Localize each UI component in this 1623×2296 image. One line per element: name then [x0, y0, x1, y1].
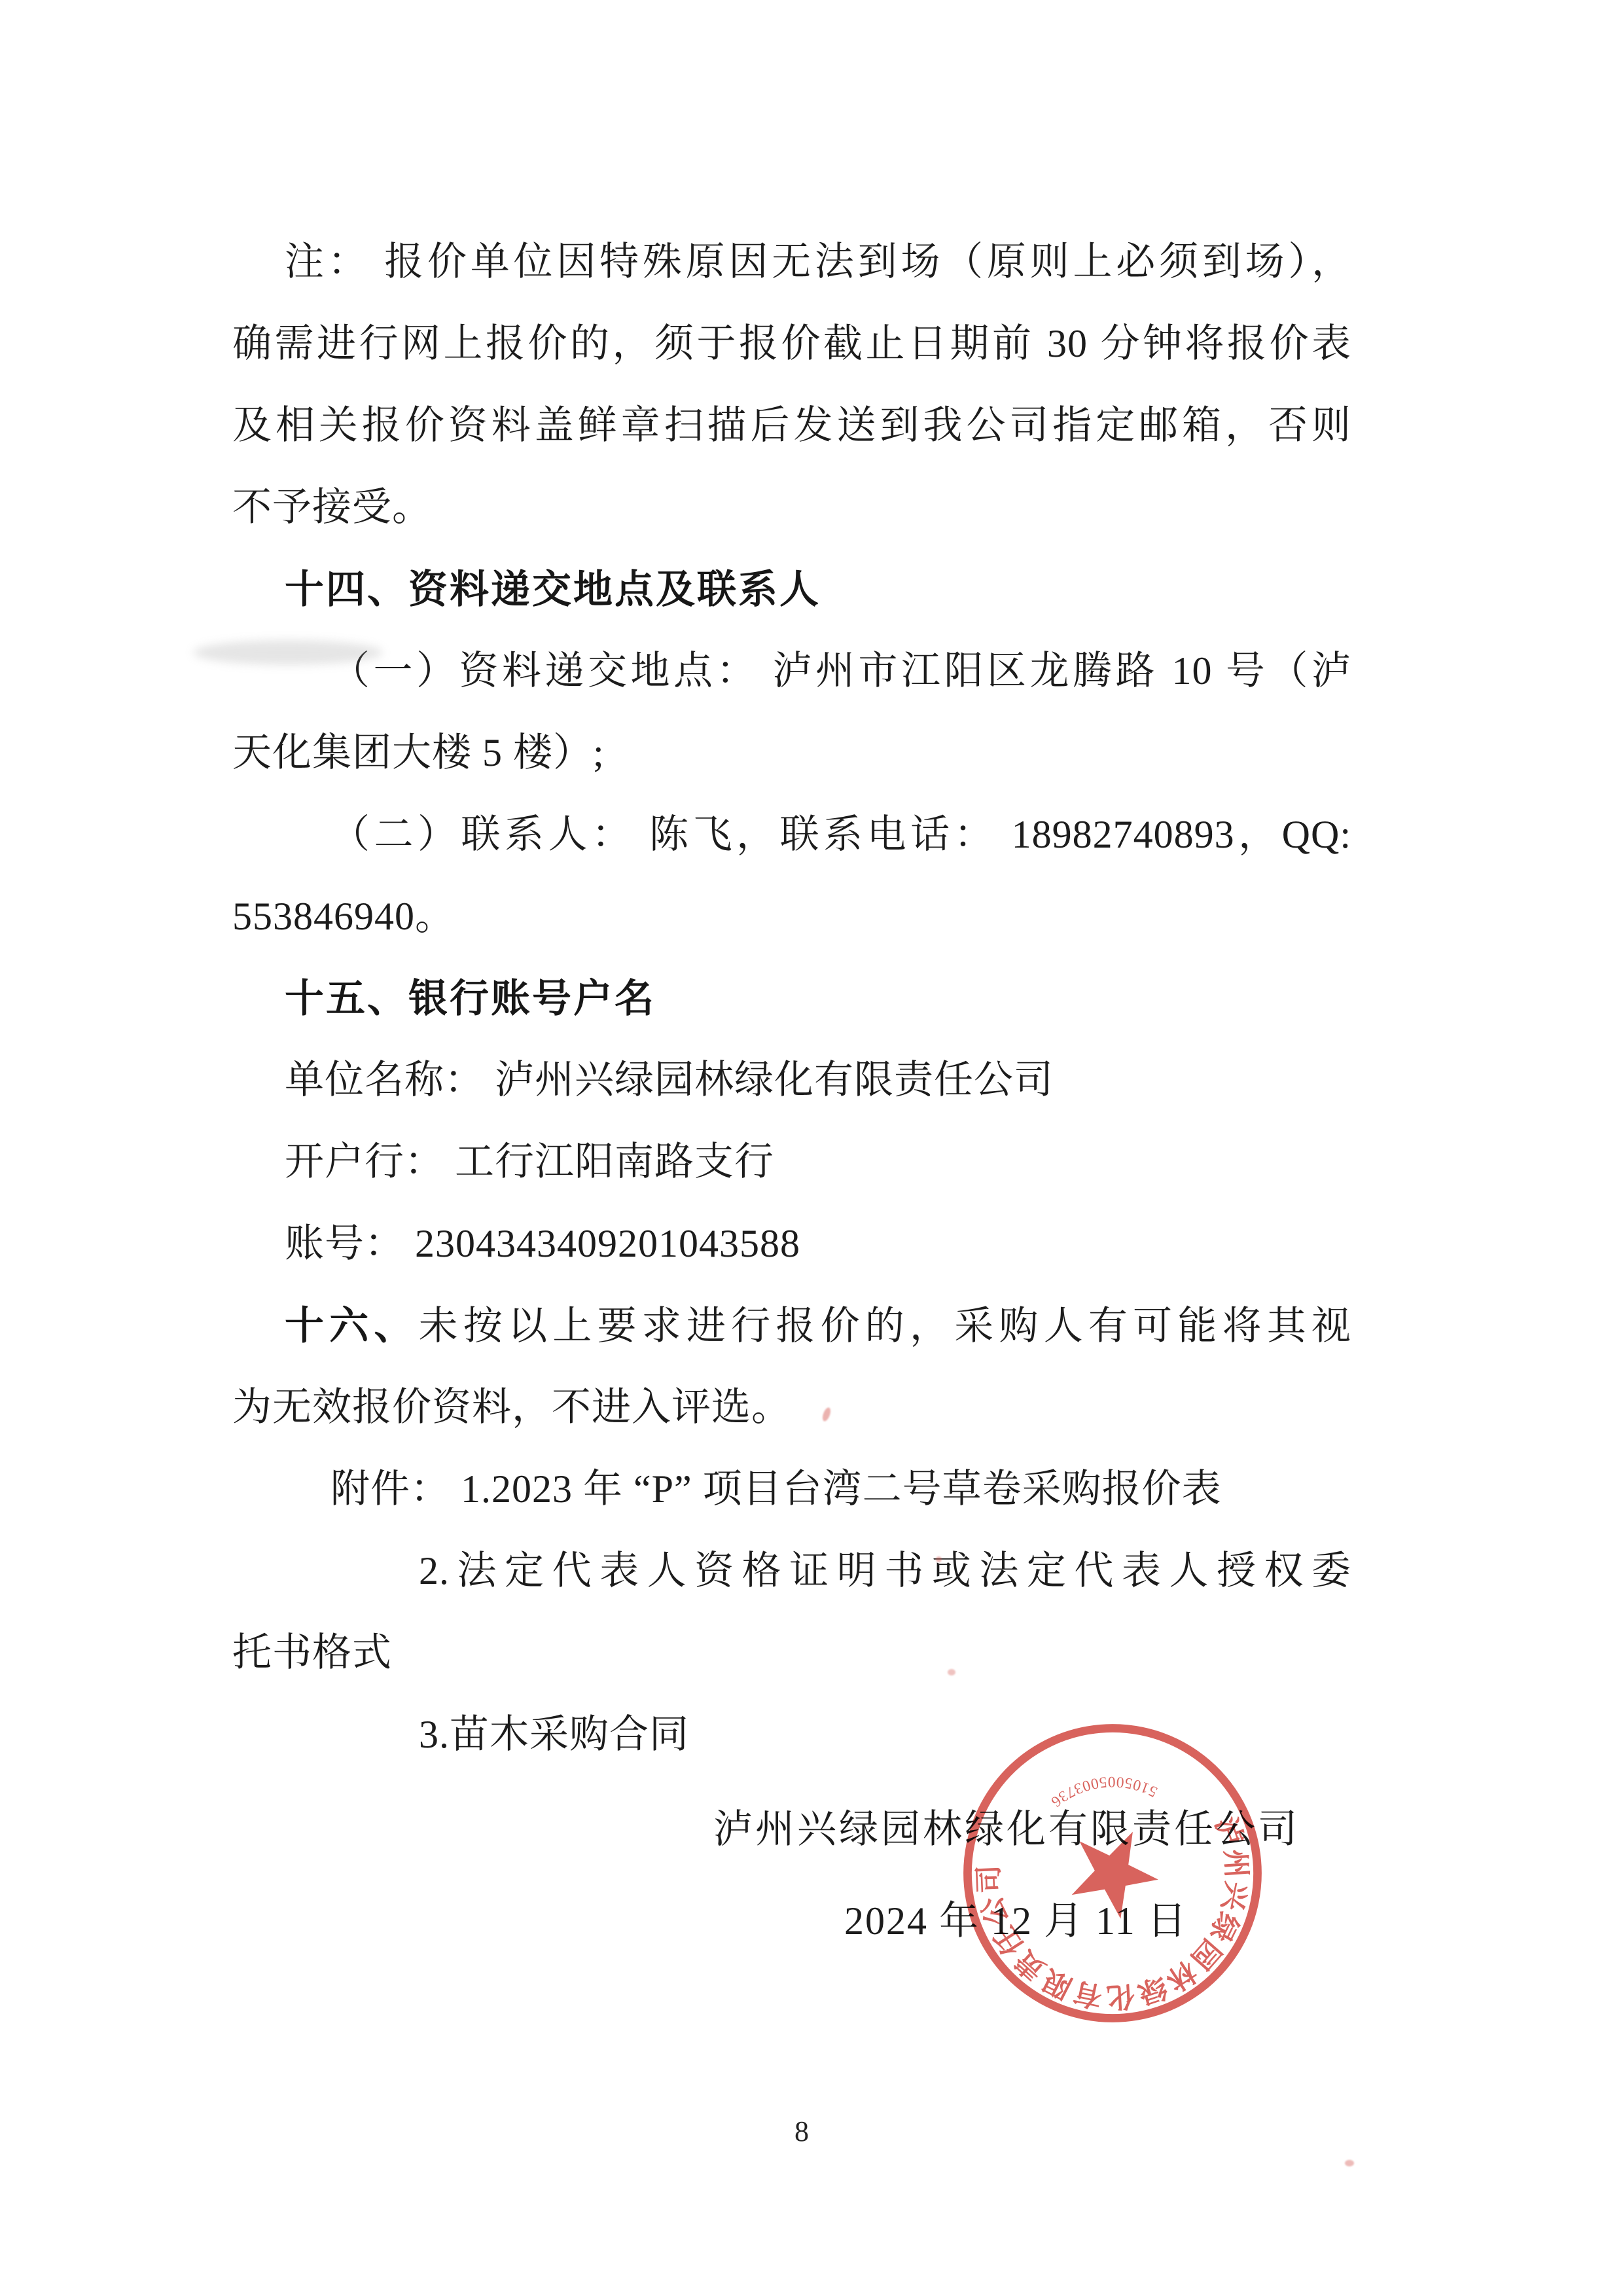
scan-smudge — [193, 640, 383, 665]
seal-star-icon — [1063, 1829, 1164, 1926]
ink-speck — [948, 1669, 955, 1676]
attachment-line-2: 2.法定代表人资格证明书或法定代表人授权委 — [232, 1530, 1351, 1612]
document-page: 注： 报价单位因特殊原因无法到场（原则上必须到场），确需进行网上报价的，须于报价… — [0, 0, 1623, 2296]
account-name-line: 单位名称： 泸州兴绿园林绿化有限责任公司 — [232, 1039, 1351, 1121]
item-2-line-1: （二）联系人： 陈飞，联系电话： 18982740893，QQ: — [232, 794, 1351, 876]
section-16-line-1-prefix: 十六、 — [285, 1304, 419, 1348]
seal-number-text: 5105005003736 — [1044, 1764, 1163, 1819]
section-16-line-1: 十六、未按以上要求进行报价的，采购人有可能将其视 — [232, 1285, 1351, 1367]
attachment-line-1: 附件： 1.2023 年 “P” 项目台湾二号草卷采购报价表 — [232, 1448, 1351, 1530]
attachment-line-2b: 托书格式 — [232, 1612, 1351, 1694]
page-number: 8 — [772, 2109, 831, 2155]
note-line-2: 确需进行网上报价的，须于报价截止日期前 30 分钟将报价表 — [232, 303, 1351, 385]
company-seal-stamp: 泸州兴绿园林绿化有限责任公司 5105005003736 — [952, 1713, 1273, 2034]
bank-branch-line: 开户行： 工行江阳南路支行 — [232, 1121, 1351, 1203]
item-1-line-1: （一）资料递交地点： 泸州市江阳区龙腾路 10 号（泸 — [232, 630, 1351, 712]
item-1-line-2: 天化集团大楼 5 楼）; — [232, 712, 1351, 794]
account-number-line: 账号： 2304343409201043588 — [232, 1203, 1351, 1285]
svg-text:5105005003736: 5105005003736 — [1044, 1764, 1163, 1819]
ink-speck — [1345, 2160, 1354, 2166]
section-16-line-2: 为无效报价资料，不进入评选。 — [232, 1367, 1351, 1448]
note-line-3: 及相关报价资料盖鲜章扫描后发送到我公司指定邮箱，否则 — [232, 385, 1351, 467]
scanned-document: { "document": { "lines": [ {"name":"note… — [0, 0, 1623, 2296]
note-line-1: 注： 报价单位因特殊原因无法到场（原则上必须到场）， — [232, 221, 1351, 303]
section-15-heading: 十五、银行账号户名 — [232, 958, 1351, 1039]
seal-graphic: 泸州兴绿园林绿化有限责任公司 5105005003736 — [952, 1713, 1273, 2034]
document-body: 注： 报价单位因特殊原因无法到场（原则上必须到场），确需进行网上报价的，须于报价… — [232, 221, 1351, 1776]
item-2-line-2: 553846940。 — [232, 876, 1351, 958]
note-line-4: 不予接受。 — [232, 467, 1351, 548]
ink-speck — [936, 1556, 942, 1562]
section-14-heading: 十四、资料递交地点及联系人 — [232, 548, 1351, 630]
